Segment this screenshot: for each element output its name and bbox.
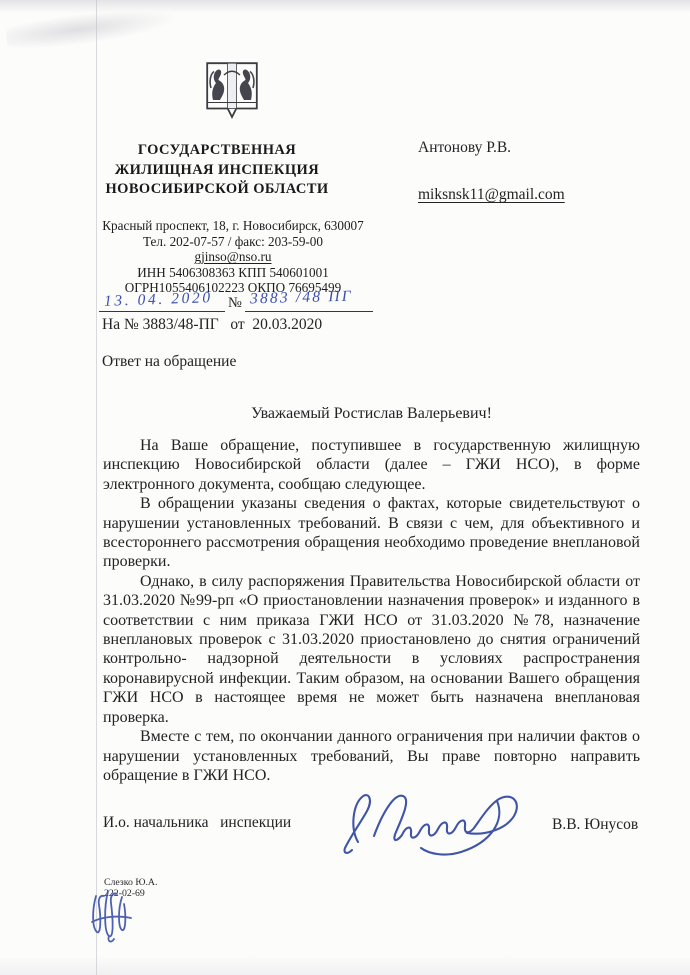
subject-line: Ответ на обращение [102,353,236,371]
signature-ink [328,780,533,867]
org-inn-kpp: ИНН 5406308363 КПП 540601001 [83,265,383,281]
coat-of-arms-icon [206,62,258,124]
letter-body: На Ваше обращение, поступившее в государ… [103,436,640,785]
handwritten-number: 3883 /48 ПГ [250,288,353,309]
org-email: gjinso@nso.ru [83,249,383,265]
org-name: ГОСУДАРСТВЕННАЯ ЖИЛИЩНАЯ ИНСПЕКЦИЯ НОВОС… [72,141,362,200]
executor-ink-mark [86,884,136,951]
signer-position: И.о. начальника инспекции [103,814,291,832]
org-name-line-2: ЖИЛИЩНАЯ ИНСПЕКЦИЯ [72,161,362,181]
salutation: Уважаемый Ростислав Валерьевич! [103,405,640,423]
org-name-line-1: ГОСУДАРСТВЕННАЯ [72,141,362,161]
handwritten-date: 13. 04. 2020 [104,289,213,311]
paragraph-4: Вместе с тем, по окончании данного огран… [103,727,640,785]
org-address: Красный проспект, 18, г. Новосибирск, 63… [83,218,383,234]
date-underline [99,311,225,312]
paragraph-2: В обращении указаны сведения о фактах, к… [103,494,640,572]
paragraph-3: Однако, в силу распоряжения Правительств… [103,572,640,727]
recipient-name: Антонову Р.В. [418,139,511,157]
scanned-letter-page: ГОСУДАРСТВЕННАЯ ЖИЛИЩНАЯ ИНСПЕКЦИЯ НОВОС… [0,0,690,975]
scan-artifact-bottom-shadow [0,955,690,975]
signer-name: В.В. Юнусов [552,816,638,834]
org-phone-fax: Тел. 202-07-57 / факс: 203-59-00 [83,234,383,250]
letterhead-contacts: Красный проспект, 18, г. Новосибирск, 63… [83,218,383,296]
number-underline [245,311,373,312]
recipient-email: miksnsk11@gmail.com [418,186,565,204]
number-sign: № [228,295,242,312]
org-name-line-3: НОВОСИБИРСКОЙ ОБЛАСТИ [72,180,362,200]
reply-reference-line: На № 3883/48-ПГ от 20.03.2020 [102,316,322,334]
paragraph-1: На Ваше обращение, поступившее в государ… [103,436,640,494]
